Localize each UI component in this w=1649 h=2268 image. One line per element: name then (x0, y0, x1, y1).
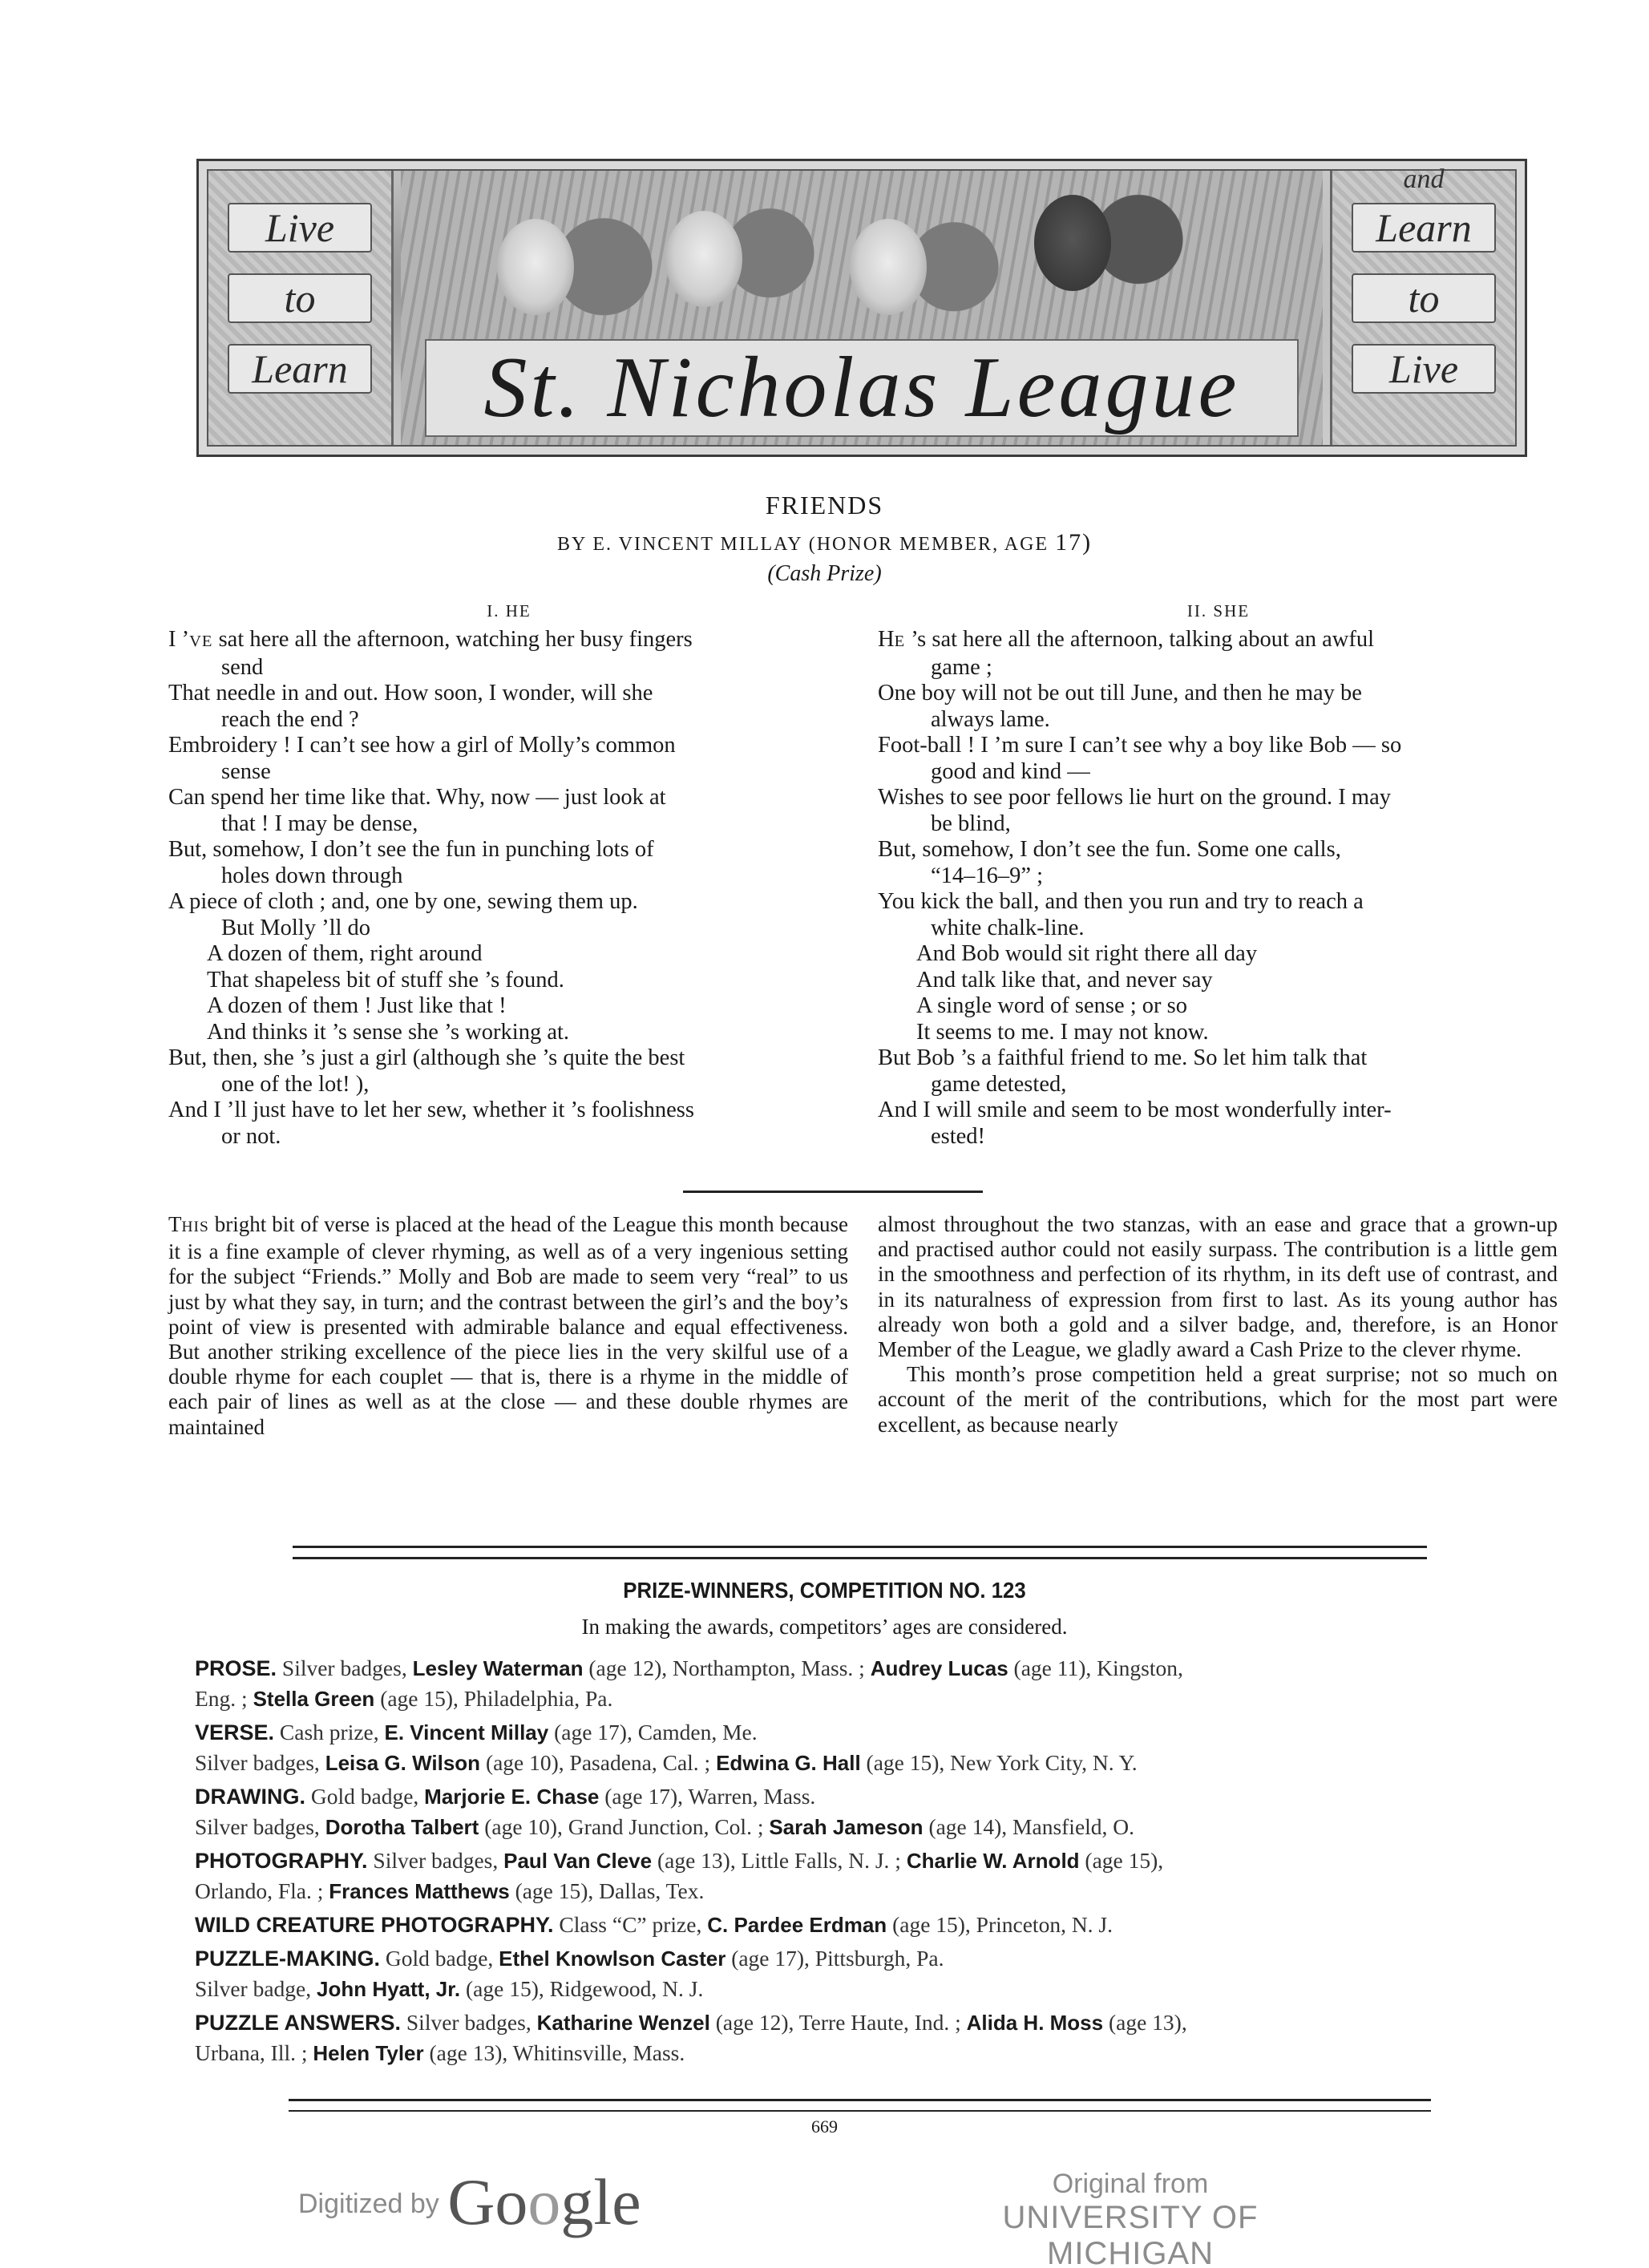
footer-rule-top (289, 2099, 1431, 2101)
child-face (497, 219, 574, 315)
winner-detail: (age 15), Dallas, Tex. (510, 1878, 705, 1903)
poem-line: One boy will not be out till June, and t… (878, 681, 1567, 707)
winner-detail: Silver badges, (401, 2010, 537, 2035)
page-number: 669 (0, 2116, 1649, 2137)
section-heading-she: II. SHE (878, 601, 1559, 621)
scroll-label: Live (1352, 344, 1496, 394)
prize-note: (Cash Prize) (0, 561, 1649, 587)
child-face (850, 219, 927, 315)
section-heading-he: I. HE (168, 601, 850, 621)
scroll-label: Learn (1352, 203, 1496, 253)
winner-name: Frances Matthews (329, 1879, 509, 1903)
prize-category: VERSE. Cash prize, E. Vincent Millay (ag… (195, 1717, 1558, 1778)
child-face (665, 211, 742, 307)
winner-name: Stella Green (253, 1687, 375, 1711)
scroll-label: Live (228, 203, 372, 253)
digitized-label: Digitized by (298, 2189, 439, 2219)
poem-line: And talk like that, and never say (878, 968, 1567, 994)
prize-line: PROSE. Silver badges, Lesley Waterman (a… (195, 1653, 1558, 1684)
poem-line: always lame. (878, 707, 1567, 734)
winner-name: C. Pardee Erdman (707, 1913, 887, 1937)
prize-category: PUZZLE-MAKING. Gold badge, Ethel Knowlso… (195, 1943, 1558, 2004)
winner-detail: Silver badges, (277, 1656, 413, 1680)
poem-line: HE ’s sat here all the afternoon, talkin… (878, 627, 1567, 655)
double-rule-bottom (293, 1557, 1427, 1559)
double-rule-top (293, 1546, 1427, 1548)
winner-detail: (age 13), (1103, 2010, 1187, 2035)
winner-name: Dorotha Talbert (325, 1815, 479, 1839)
poem-part-he: I ’VE sat here all the afternoon, watchi… (168, 627, 858, 1150)
winner-detail: Orlando, Fla. ; (195, 1878, 329, 1903)
poem-line: Can spend her time like that. Why, now —… (168, 785, 858, 811)
banner-illustration: Live to Learn St. Nicholas League and Le… (207, 169, 1517, 447)
banner-right-panel: and Learn to Live (1330, 171, 1515, 445)
poem-line: or not. (168, 1124, 858, 1150)
winner-name: Sarah Jameson (769, 1815, 923, 1839)
prize-winners-list: PROSE. Silver badges, Lesley Waterman (a… (195, 1653, 1558, 2072)
poem-line: And thinks it ’s sense she ’s working at… (168, 1020, 858, 1046)
scroll-and-word: and (1332, 164, 1515, 195)
category-label: PROSE. (195, 1656, 277, 1680)
poem-line: one of the lot! ), (168, 1072, 858, 1098)
scroll-label: to (1352, 273, 1496, 323)
winner-detail: (age 14), Mansfield, O. (924, 1814, 1134, 1839)
prize-line: Eng. ; Stella Green (age 15), Philadelph… (195, 1684, 1558, 1714)
prize-line: Silver badges, Dorotha Talbert (age 10),… (195, 1812, 1558, 1842)
poem-line: But Molly ’ll do (168, 916, 858, 942)
category-label: DRAWING. (195, 1785, 305, 1809)
winner-detail: Eng. ; (195, 1686, 253, 1711)
children-illustration: St. Nicholas League (401, 171, 1323, 445)
poem-line: white chalk-line. (878, 916, 1567, 942)
prize-category: PUZZLE ANSWERS. Silver badges, Katharine… (195, 2007, 1558, 2068)
poem-line: reach the end ? (168, 707, 858, 734)
prize-line: Silver badge, John Hyatt, Jr. (age 15), … (195, 1974, 1558, 2004)
winner-detail: (age 15), New York City, N. Y. (861, 1750, 1138, 1775)
commentary-paragraph: almost throughout the two stanzas, with … (878, 1212, 1558, 1362)
scroll-label: Learn (228, 344, 372, 394)
poem-line: Embroidery ! I can’t see how a girl of M… (168, 733, 858, 759)
winner-name: E. Vincent Millay (385, 1720, 549, 1744)
winner-name: Paul Van Cleve (503, 1849, 652, 1873)
commentary-right: almost throughout the two stanzas, with … (878, 1212, 1558, 1437)
poem-line: But Bob ’s a faithful friend to me. So l… (878, 1045, 1567, 1072)
winner-name: Leisa G. Wilson (325, 1751, 480, 1775)
poem-line: A single word of sense ; or so (878, 993, 1567, 1020)
winner-name: John Hyatt, Jr. (317, 1977, 460, 2001)
category-label: PUZZLE-MAKING. (195, 1947, 380, 1971)
prize-line: PHOTOGRAPHY. Silver badges, Paul Van Cle… (195, 1846, 1558, 1876)
poem-line: good and kind — (878, 759, 1567, 786)
poem-line: A piece of cloth ; and, one by one, sewi… (168, 889, 858, 916)
drop-cap: T (168, 1212, 182, 1236)
prize-category: PROSE. Silver badges, Lesley Waterman (a… (195, 1653, 1558, 1714)
category-label: WILD CREATURE PHOTOGRAPHY. (195, 1913, 554, 1937)
prize-line: Orlando, Fla. ; Frances Matthews (age 15… (195, 1876, 1558, 1906)
prize-category: PHOTOGRAPHY. Silver badges, Paul Van Cle… (195, 1846, 1558, 1906)
winner-name: Audrey Lucas (871, 1656, 1008, 1680)
winner-name: Charlie W. Arnold (907, 1849, 1080, 1873)
banner-left-panel: Live to Learn (208, 171, 394, 445)
poem-line: ested! (878, 1124, 1567, 1150)
prize-category: WILD CREATURE PHOTOGRAPHY. Class “C” pri… (195, 1910, 1558, 1940)
prize-winners-title: PRIZE-WINNERS, COMPETITION NO. 123 (66, 1578, 1582, 1603)
winner-detail: (age 10), Pasadena, Cal. ; (480, 1750, 716, 1775)
winner-detail: Silver badges, (195, 1814, 325, 1839)
commentary-paragraph: This month’s prose competition held a gr… (878, 1362, 1558, 1437)
winner-detail: Cash prize, (274, 1720, 384, 1744)
winner-name: Marjorie E. Chase (424, 1785, 599, 1809)
original-source: Original from UNIVERSITY OF MICHIGAN (962, 2169, 1299, 2268)
prize-winners-subtitle: In making the awards, competitors’ ages … (0, 1615, 1649, 1639)
poem-line: It seems to me. I may not know. (878, 1020, 1567, 1046)
winner-detail: Class “C” prize, (554, 1912, 708, 1937)
poem-line: Wishes to see poor fellows lie hurt on t… (878, 785, 1567, 811)
winner-detail: (age 15), Philadelphia, Pa. (374, 1686, 612, 1711)
commentary-text: bright bit of verse is placed at the hea… (168, 1212, 848, 1439)
poem-line: A dozen of them ! Just like that ! (168, 993, 858, 1020)
section-divider (683, 1191, 983, 1193)
winner-detail: (age 15), (1080, 1848, 1164, 1873)
winner-name: Helen Tyler (313, 2041, 423, 2065)
poem-line: And I will smile and seem to be most won… (878, 1098, 1567, 1124)
prize-line: WILD CREATURE PHOTOGRAPHY. Class “C” pri… (195, 1910, 1558, 1940)
prize-line: Silver badges, Leisa G. Wilson (age 10),… (195, 1748, 1558, 1778)
child-head (1034, 195, 1111, 291)
st-nicholas-league-banner: Live to Learn St. Nicholas League and Le… (196, 159, 1527, 457)
prize-line: DRAWING. Gold badge, Marjorie E. Chase (… (195, 1781, 1558, 1812)
byline-age: 17) (1055, 529, 1092, 556)
winner-detail: (age 10), Grand Junction, Col. ; (479, 1814, 769, 1839)
poem-line: send (168, 655, 858, 681)
winner-name: Edwina G. Hall (716, 1751, 861, 1775)
winner-detail: (age 12), Northampton, Mass. ; (584, 1656, 871, 1680)
winner-name: Katharine Wenzel (537, 2011, 710, 2035)
prize-line: VERSE. Cash prize, E. Vincent Millay (ag… (195, 1717, 1558, 1748)
poem-line: game detested, (878, 1072, 1567, 1098)
poem-line: sense (168, 759, 858, 786)
poem-line: But, somehow, I don’t see the fun in pun… (168, 837, 858, 863)
footer-rule-bottom (289, 2110, 1431, 2112)
small-caps: HIS (182, 1219, 209, 1235)
winner-detail: Gold badge, (305, 1784, 424, 1809)
poem-line: And Bob would sit right there all day (878, 941, 1567, 968)
winner-detail: (age 17), Camden, Me. (548, 1720, 757, 1744)
prize-line: PUZZLE-MAKING. Gold badge, Ethel Knowlso… (195, 1943, 1558, 1974)
winner-detail: (age 17), Warren, Mass. (599, 1784, 815, 1809)
prize-category: DRAWING. Gold badge, Marjorie E. Chase (… (195, 1781, 1558, 1842)
winner-detail: Urbana, Ill. ; (195, 2040, 313, 2065)
category-label: PUZZLE ANSWERS. (195, 2011, 401, 2035)
winner-detail: (age 13), Little Falls, N. J. ; (652, 1848, 907, 1873)
winner-detail: (age 17), Pittsburgh, Pa. (725, 1946, 944, 1971)
winner-detail: Silver badges, (195, 1750, 325, 1775)
poem-line: That shapeless bit of stuff she ’s found… (168, 968, 858, 994)
banner-title: St. Nicholas League (425, 339, 1299, 437)
poem-title: FRIENDS (0, 491, 1649, 520)
winner-detail: (age 15), Ridgewood, N. J. (460, 1976, 703, 2001)
google-logo: Google (447, 2165, 641, 2238)
poem-line: And I ’ll just have to let her sew, whet… (168, 1098, 858, 1124)
poem-line: I ’VE sat here all the afternoon, watchi… (168, 627, 858, 655)
poem-line: You kick the ball, and then you run and … (878, 889, 1567, 916)
byline-text: BY E. VINCENT MILLAY (HONOR MEMBER, AGE (557, 534, 1049, 555)
category-label: VERSE. (195, 1720, 274, 1744)
poem-line: Foot-ball ! I ’m sure I can’t see why a … (878, 733, 1567, 759)
winner-name: Ethel Knowlson Caster (499, 1947, 725, 1971)
poem-line: that ! I may be dense, (168, 811, 858, 838)
winner-detail: Gold badge, (380, 1946, 499, 1971)
prize-line: PUZZLE ANSWERS. Silver badges, Katharine… (195, 2007, 1558, 2038)
winner-name: Lesley Waterman (413, 1656, 584, 1680)
winner-detail: (age 12), Terre Haute, Ind. ; (710, 2010, 967, 2035)
poem-line: A dozen of them, right around (168, 941, 858, 968)
category-label: PHOTOGRAPHY. (195, 1849, 368, 1873)
institution-name: UNIVERSITY OF MICHIGAN (962, 2200, 1299, 2268)
poem-line: holes down through (168, 863, 858, 890)
poem-line: be blind, (878, 811, 1567, 838)
winner-detail: Silver badges, (368, 1848, 504, 1873)
winner-detail: (age 11), Kingston, (1008, 1656, 1183, 1680)
winner-name: Alida H. Moss (967, 2011, 1103, 2035)
poem-byline: BY E. VINCENT MILLAY (HONOR MEMBER, AGE … (0, 529, 1649, 556)
poem-line: “14–16–9” ; (878, 863, 1567, 890)
poem-line: That needle in and out. How soon, I wond… (168, 681, 858, 707)
poem-line: game ; (878, 655, 1567, 681)
winner-detail: (age 13), Whitinsville, Mass. (424, 2040, 685, 2065)
commentary-left: THIS bright bit of verse is placed at th… (168, 1212, 848, 1440)
poem-line: But, somehow, I don’t see the fun. Some … (878, 837, 1567, 863)
prize-line: Urbana, Ill. ; Helen Tyler (age 13), Whi… (195, 2038, 1558, 2068)
poem-part-she: HE ’s sat here all the afternoon, talkin… (878, 627, 1567, 1150)
scroll-label: to (228, 273, 372, 323)
winner-detail: Silver badge, (195, 1976, 317, 2001)
winner-detail: (age 15), Princeton, N. J. (887, 1912, 1113, 1937)
original-from-label: Original from (962, 2169, 1299, 2200)
digitized-by-google: Digitized by Google (298, 2165, 641, 2240)
poem-line: But, then, she ’s just a girl (although … (168, 1045, 858, 1072)
